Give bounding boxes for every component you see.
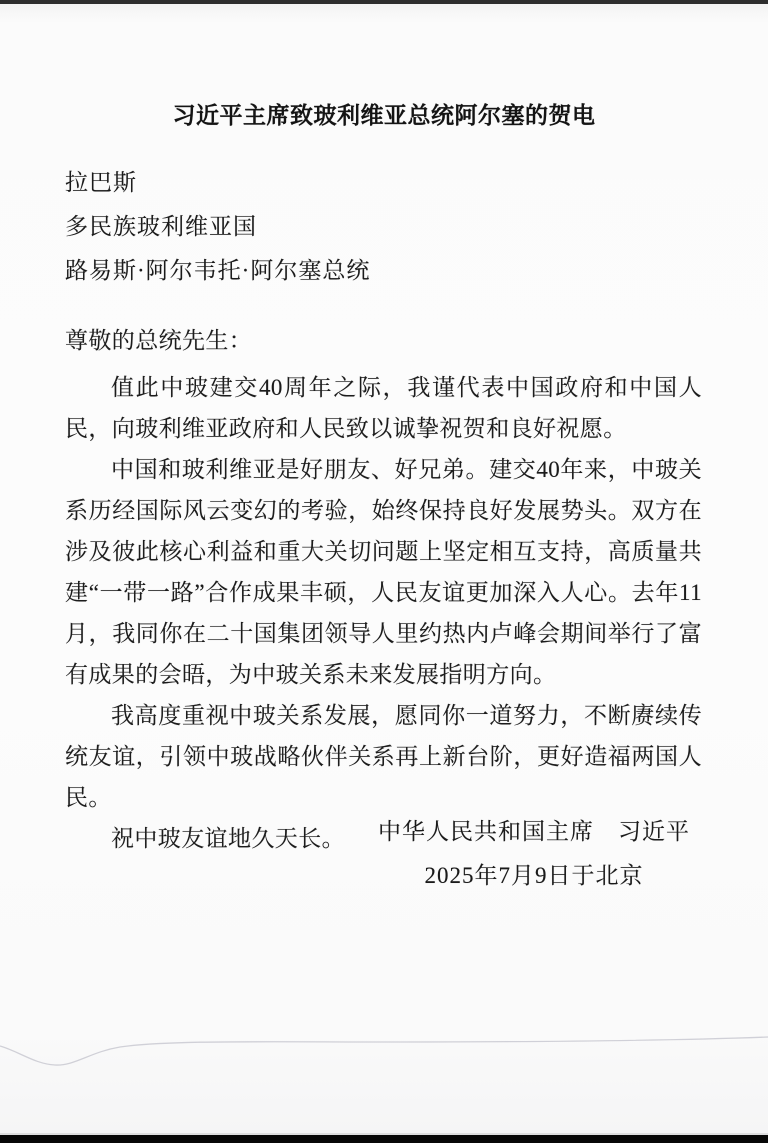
recipient-address-block: 拉巴斯 多民族玻利维亚国 路易斯·阿尔韦托·阿尔塞总统 — [65, 161, 702, 293]
signature-block: 中华人民共和国主席 习近平 2025年7月9日于北京 — [300, 810, 768, 898]
paragraph-2: 中国和玻利维亚是好朋友、好兄弟。建交40年来，中玻关系历经国际风云变幻的考验，始… — [65, 449, 702, 695]
document-title: 习近平主席致玻利维亚总统阿尔塞的贺电 — [0, 97, 768, 130]
signature-line: 中华人民共和国主席 习近平 — [300, 810, 768, 854]
salutation: 尊敬的总统先生： — [65, 320, 702, 361]
date-place-line: 2025年7月9日于北京 — [300, 854, 768, 898]
letter-body: 尊敬的总统先生： 值此中玻建交40周年之际，我谨代表中国政府和中国人民，向玻利维… — [65, 320, 702, 859]
recipient-city: 拉巴斯 — [65, 161, 702, 205]
recipient-addressee: 路易斯·阿尔韦托·阿尔塞总统 — [65, 249, 702, 293]
scan-edge-top — [0, 0, 768, 4]
paragraph-1: 值此中玻建交40周年之际，我谨代表中国政府和中国人民，向玻利维亚政府和人民致以诚… — [65, 367, 702, 449]
scanned-letter-page: 习近平主席致玻利维亚总统阿尔塞的贺电 拉巴斯 多民族玻利维亚国 路易斯·阿尔韦托… — [0, 0, 768, 1143]
scan-edge-bottom — [0, 1133, 768, 1143]
paragraph-3: 我高度重视中玻关系发展，愿同你一道努力，不断赓续传统友谊，引领中玻战略伙伴关系再… — [65, 695, 702, 818]
recipient-country: 多民族玻利维亚国 — [65, 205, 702, 249]
